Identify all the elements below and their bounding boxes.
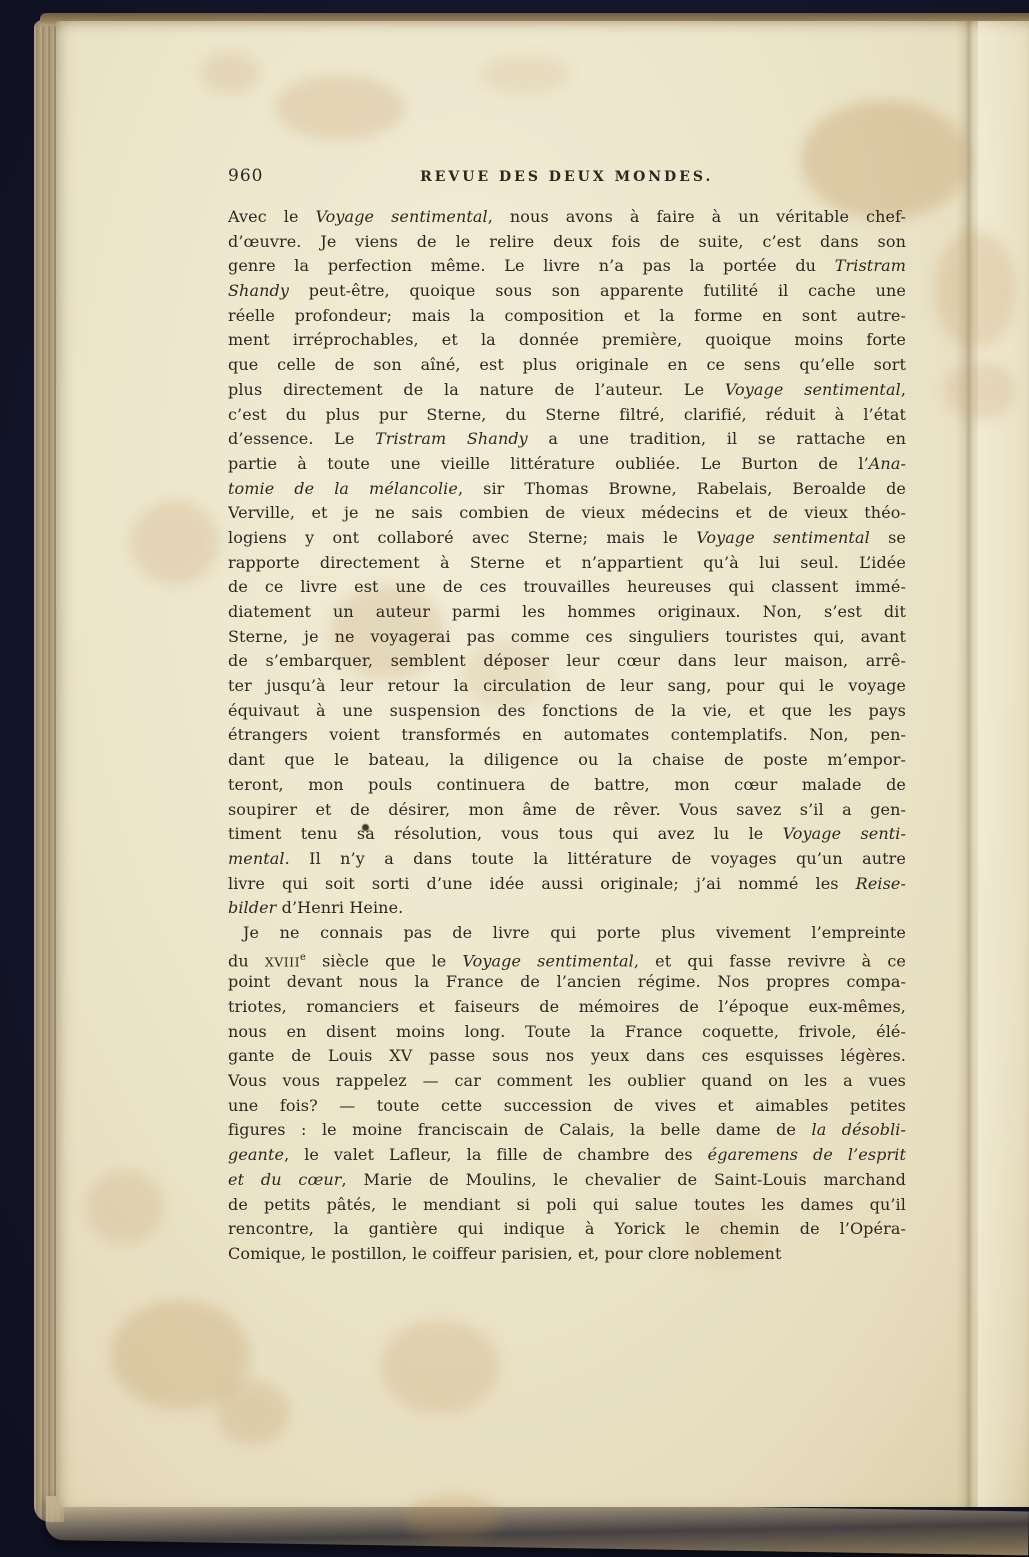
text-line: Verville, et je ne sais combien de vieux… <box>228 501 906 526</box>
body-text-segment: de ce livre est une de ces trouvailles h… <box>228 577 906 596</box>
text-line: bilder d’Henri Heine. <box>228 896 906 921</box>
text-line: d’essence. Le Tristram Shandy a une trad… <box>228 427 906 452</box>
body-text-segment: étrangers voient transformés en automate… <box>228 725 906 744</box>
body-text-segment: d’Henri Heine. <box>276 898 403 917</box>
text-line: geante, le valet Lafleur, la fille de ch… <box>228 1143 906 1168</box>
body-text-segment: Verville, et je ne sais combien de vieux… <box>228 503 906 522</box>
italic-text: Tristram Shandy <box>375 429 528 448</box>
body-text-segment: rapporte directement à Sterne et n’appar… <box>228 553 906 572</box>
body-text-segment: figures : le moine franciscain de Calais… <box>228 1120 811 1139</box>
text-line: Sterne, je ne voyagerai pas comme ces si… <box>228 625 906 650</box>
text-line: une fois? — toute cette succession de vi… <box>228 1094 906 1119</box>
text-line: triotes, romanciers et faiseurs de mémoi… <box>228 995 906 1020</box>
page-header: 960 REVUE DES DEUX MONDES. <box>228 166 906 190</box>
text-line: diatement un auteur parmi les hommes ori… <box>228 600 906 625</box>
text-line: teront, mon pouls continuera de battre, … <box>228 773 906 798</box>
text-line: Shandy peut-être, quoique sous son appar… <box>228 279 906 304</box>
italic-text: Shandy <box>228 281 289 300</box>
text-line: Avec le Voyage sentimental, nous avons à… <box>228 205 906 230</box>
text-line: logiens y ont collaboré avec Sterne; mai… <box>228 526 906 551</box>
italic-text: geante <box>228 1145 284 1164</box>
text-line: du xviiie siècle que le Voyage sentiment… <box>228 946 906 971</box>
body-text-segment: partie à toute une vieille littérature o… <box>228 454 869 473</box>
text-line: soupirer et de désirer, mon âme de rêver… <box>228 798 906 823</box>
body-text-segment: logiens y ont collaboré avec Sterne; mai… <box>228 528 696 547</box>
body-text-segment: , sir Thomas Browne, Rabelais, Beroalde … <box>458 479 906 498</box>
body-text-segment: xviii <box>265 954 300 969</box>
italic-text: Ana- <box>869 454 906 473</box>
body-text-segment: de s’embarquer, semblent déposer leur cœ… <box>228 651 906 670</box>
body-text-segment: plus directement de la nature de l’auteu… <box>228 380 725 399</box>
text-line: de s’embarquer, semblent déposer leur cœ… <box>228 649 906 674</box>
body-text-segment: d’essence. Le <box>228 429 375 448</box>
italic-text: Voyage senti- <box>783 824 906 843</box>
printed-text-block: 960 REVUE DES DEUX MONDES. Avec le Voyag… <box>228 166 906 1267</box>
text-line: gante de Louis XV passe sous nos yeux da… <box>228 1044 906 1069</box>
text-line: Comique, le postillon, le coiffeur paris… <box>228 1242 906 1267</box>
text-line: ment irréprochables, et la donnée premiè… <box>228 328 906 353</box>
italic-text: tomie de la mélancolie <box>228 479 458 498</box>
text-line: que celle de son aîné, est plus original… <box>228 353 906 378</box>
body-text-segment: point devant nous la France de l’ancien … <box>228 972 906 991</box>
body-text-segment: Je ne connais pas de livre qui porte plu… <box>243 923 906 942</box>
text-line: équivaut à une suspension des fonctions … <box>228 699 906 724</box>
text-line: Je ne connais pas de livre qui porte plu… <box>228 921 906 946</box>
body-text-segment: siècle que le <box>306 951 462 970</box>
page-number: 960 <box>228 166 263 186</box>
text-line: mental. Il n’y a dans toute la littératu… <box>228 847 906 872</box>
text-line: étrangers voient transformés en automate… <box>228 723 906 748</box>
text-line: rapporte directement à Sterne et n’appar… <box>228 551 906 576</box>
text-line: plus directement de la nature de l’auteu… <box>228 378 906 403</box>
text-line: réelle profondeur; mais la composition e… <box>228 304 906 329</box>
body-text-segment: une fois? — toute cette succession de vi… <box>228 1096 906 1115</box>
text-line: de ce livre est une de ces trouvailles h… <box>228 575 906 600</box>
body-text-segment: que celle de son aîné, est plus original… <box>228 355 906 374</box>
text-line: dant que le bateau, la diligence ou la c… <box>228 748 906 773</box>
italic-text: Voyage sentimental <box>696 528 870 547</box>
italic-text: Reise- <box>856 874 906 893</box>
body-text-segment: livre qui soit sorti d’une idée aussi or… <box>228 874 856 893</box>
body-text-segment: ter jusqu’à leur retour la circulation d… <box>228 676 906 695</box>
italic-text: Tristram <box>835 256 906 275</box>
body-text-segment: de petits pâtés, le mendiant si poli qui… <box>228 1195 906 1214</box>
body-text-segment: équivaut à une suspension des fonctions … <box>228 701 906 720</box>
body-text-segment: diatement un auteur parmi les hommes ori… <box>228 602 906 621</box>
body-text-segment: , Marie de Moulins, le chevalier de Sain… <box>342 1170 906 1189</box>
text-line: ter jusqu’à leur retour la circulation d… <box>228 674 906 699</box>
body-text-segment: . Il n’y a dans toute la littérature de … <box>285 849 906 868</box>
text-line: rencontre, la gantière qui indique à Yor… <box>228 1217 906 1242</box>
body-text-segment: soupirer et de désirer, mon âme de rêver… <box>228 800 906 819</box>
body-text-segment: du <box>228 951 265 970</box>
body-text-segment: Comique, le postillon, le coiffeur paris… <box>228 1244 782 1263</box>
body-text-segment: a une tradition, il se rattache en <box>528 429 906 448</box>
body-text-segment: triotes, romanciers et faiseurs de mémoi… <box>228 997 906 1016</box>
running-header: REVUE DES DEUX MONDES. <box>263 169 906 185</box>
page-gutter-crease <box>956 21 978 1507</box>
text-line: de petits pâtés, le mendiant si poli qui… <box>228 1193 906 1218</box>
body-text-segment: timent tenu sa résolution, vous tous qui… <box>228 824 783 843</box>
body-text-segment: Sterne, je ne voyagerai pas comme ces si… <box>228 627 906 646</box>
text-line: point devant nous la France de l’ancien … <box>228 970 906 995</box>
italic-text: Voyage sentimental <box>462 951 633 970</box>
body-text-segment: dant que le bateau, la diligence ou la c… <box>228 750 906 769</box>
text-line: c’est du plus pur Sterne, du Sterne filt… <box>228 403 906 428</box>
italic-text: mental <box>228 849 285 868</box>
body-text-segment: , <box>901 380 906 399</box>
text-line: genre la perfection même. Le livre n’a p… <box>228 254 906 279</box>
body-text-segment: genre la perfection même. Le livre n’a p… <box>228 256 835 275</box>
italic-text: la désobli- <box>811 1120 906 1139</box>
body-text-segment: teront, mon pouls continuera de battre, … <box>228 775 906 794</box>
body-text-segment: rencontre, la gantière qui indique à Yor… <box>228 1219 906 1238</box>
italic-text: et du cœur <box>228 1170 342 1189</box>
body-text-segment: , et qui fasse revivre à ce <box>634 951 906 970</box>
text-line: et du cœur, Marie de Moulins, le chevali… <box>228 1168 906 1193</box>
body-text-segment: nous en disent moins long. Toute la Fran… <box>228 1022 906 1041</box>
body-text-segment: , nous avons à faire à un véritable chef… <box>488 207 906 226</box>
italic-text: Voyage sentimental <box>316 207 488 226</box>
body-text-segment: c’est du plus pur Sterne, du Sterne filt… <box>228 405 906 424</box>
body-text-segment: , le valet Lafleur, la fille de chambre … <box>284 1145 708 1164</box>
text-line: tomie de la mélancolie, sir Thomas Brown… <box>228 477 906 502</box>
body-text-segment: se <box>870 528 906 547</box>
italic-text: bilder <box>228 898 276 917</box>
body-text-segment: réelle profondeur; mais la composition e… <box>228 306 906 325</box>
italic-text: égaremens de l’esprit <box>708 1145 906 1164</box>
facing-page-sliver <box>978 21 1029 1507</box>
text-line: nous en disent moins long. Toute la Fran… <box>228 1020 906 1045</box>
italic-text: Voyage sentimental <box>725 380 901 399</box>
body-text-segment: ment irréprochables, et la donnée premiè… <box>228 330 906 349</box>
body-text-segment: Avec le <box>228 207 316 226</box>
text-line: livre qui soit sorti d’une idée aussi or… <box>228 872 906 897</box>
text-body: Avec le Voyage sentimental, nous avons à… <box>228 205 906 1267</box>
body-text-segment: gante de Louis XV passe sous nos yeux da… <box>228 1046 906 1065</box>
text-line: d’œuvre. Je viens de le relire deux fois… <box>228 230 906 255</box>
text-line: figures : le moine franciscain de Calais… <box>228 1118 906 1143</box>
text-line: partie à toute une vieille littérature o… <box>228 452 906 477</box>
text-line: timent tenu sa résolution, vous tous qui… <box>228 822 906 847</box>
body-text-segment: peut-être, quoique sous son apparente fu… <box>289 281 906 300</box>
body-text-segment: Vous vous rappelez — car comment les oub… <box>228 1071 906 1090</box>
scanned-book-photo: { "page": { "number": "960", "running_he… <box>0 0 1029 1557</box>
text-line: Vous vous rappelez — car comment les oub… <box>228 1069 906 1094</box>
body-text-segment: d’œuvre. Je viens de le relire deux fois… <box>228 232 906 251</box>
